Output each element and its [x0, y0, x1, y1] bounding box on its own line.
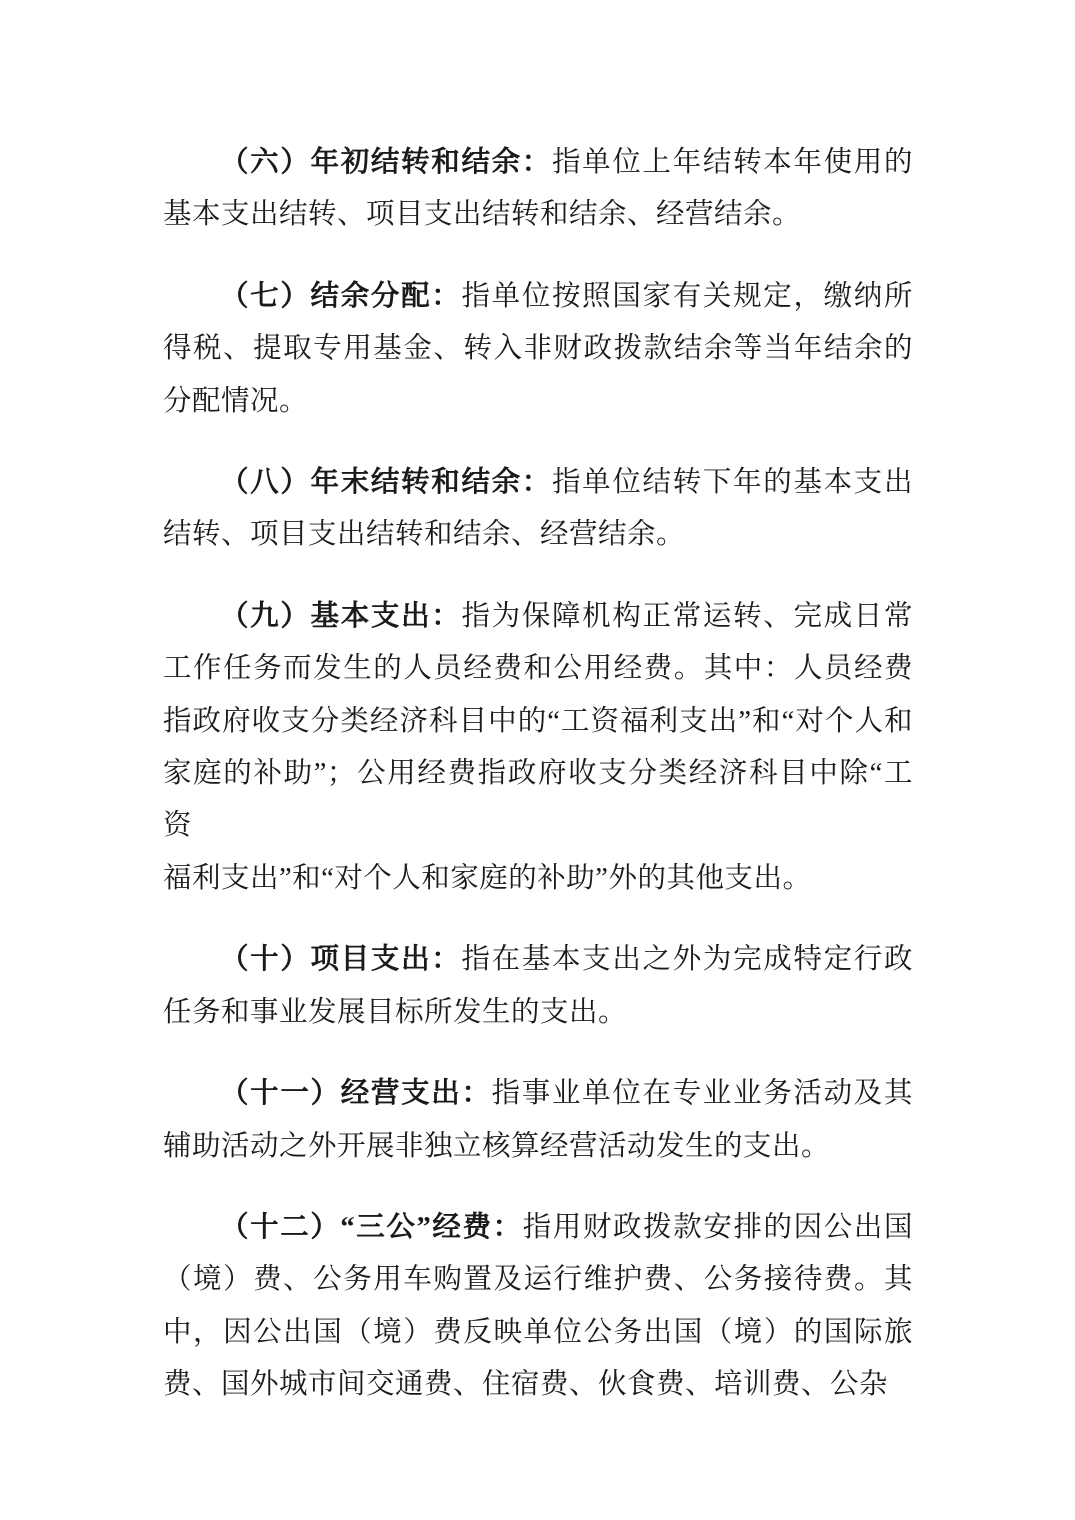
paragraph-10: （十）项目支出：指在基本支出之外为完成特定行政 任务和事业发展目标所发生的支出。 [163, 934, 913, 1039]
text-line: （十二）“三公”经费：指用财政拨款安排的因公出国 [163, 1202, 913, 1254]
paragraph-text: 指在基本支出之外为完成特定行政 [461, 944, 913, 975]
text-line: （十一）经营支出：指事业单位在专业业务活动及其 [163, 1068, 913, 1120]
text-line: 分配情况。 [163, 376, 913, 428]
paragraph-text: 指单位结转下年的基本支出 [552, 467, 913, 498]
paragraph-text: 指单位按照国家有关规定，缴纳所 [461, 281, 913, 312]
paragraph-heading: （八）年末结转和结余： [220, 467, 552, 498]
paragraph-7: （七）结余分配：指单位按照国家有关规定，缴纳所 得税、提取专用基金、转入非财政拨… [163, 271, 913, 428]
paragraph-heading: （六）年初结转和结余： [220, 147, 552, 178]
paragraph-text: 指用财政拨款安排的因公出国 [523, 1212, 913, 1243]
paragraph-11: （十一）经营支出：指事业单位在专业业务活动及其 辅助活动之外开展非独立核算经营活… [163, 1068, 913, 1173]
text-line: （七）结余分配：指单位按照国家有关规定，缴纳所 [163, 271, 913, 323]
paragraph-heading: （十）项目支出： [220, 944, 461, 975]
text-line: 指政府收支分类经济科目中的“工资福利支出”和“对个人和 [163, 696, 913, 748]
text-line: 费、国外城市间交通费、住宿费、伙食费、培训费、公杂 [163, 1359, 913, 1411]
text-line: （十）项目支出：指在基本支出之外为完成特定行政 [163, 934, 913, 986]
text-line: （八）年末结转和结余：指单位结转下年的基本支出 [163, 457, 913, 509]
document-body: （六）年初结转和结余：指单位上年结转本年使用的 基本支出结转、项目支出结转和结余… [163, 137, 913, 1412]
paragraph-heading: （七）结余分配： [220, 281, 461, 312]
paragraph-6: （六）年初结转和结余：指单位上年结转本年使用的 基本支出结转、项目支出结转和结余… [163, 137, 913, 242]
text-line: 工作任务而发生的人员经费和公用经费。其中：人员经费 [163, 643, 913, 695]
paragraph-heading: （九）基本支出： [220, 601, 461, 632]
paragraph-12: （十二）“三公”经费：指用财政拨款安排的因公出国 （境）费、公务用车购置及运行维… [163, 1202, 913, 1412]
text-line: 家庭的补助”；公用经费指政府收支分类经济科目中除“工资 [163, 748, 913, 853]
paragraph-8: （八）年末结转和结余：指单位结转下年的基本支出 结转、项目支出结转和结余、经营结… [163, 457, 913, 562]
text-line: 结转、项目支出结转和结余、经营结余。 [163, 509, 913, 561]
text-line: 得税、提取专用基金、转入非财政拨款结余等当年结余的 [163, 323, 913, 375]
paragraph-heading: （十一）经营支出： [220, 1078, 492, 1109]
text-line: （六）年初结转和结余：指单位上年结转本年使用的 [163, 137, 913, 189]
paragraph-text: 指单位上年结转本年使用的 [552, 147, 913, 178]
paragraph-heading: （十二）“三公”经费： [220, 1212, 523, 1243]
paragraph-text: 指为保障机构正常运转、完成日常 [461, 601, 913, 632]
document-page: （六）年初结转和结余：指单位上年结转本年使用的 基本支出结转、项目支出结转和结余… [0, 0, 1075, 1520]
text-line: 任务和事业发展目标所发生的支出。 [163, 987, 913, 1039]
paragraph-text: 指事业单位在专业业务活动及其 [492, 1078, 913, 1109]
text-line: 基本支出结转、项目支出结转和结余、经营结余。 [163, 189, 913, 241]
text-line: 福利支出”和“对个人和家庭的补助”外的其他支出。 [163, 853, 913, 905]
text-line: 中，因公出国（境）费反映单位公务出国（境）的国际旅 [163, 1307, 913, 1359]
text-line: 辅助活动之外开展非独立核算经营活动发生的支出。 [163, 1121, 913, 1173]
paragraph-9: （九）基本支出：指为保障机构正常运转、完成日常 工作任务而发生的人员经费和公用经… [163, 591, 913, 905]
text-line: （九）基本支出：指为保障机构正常运转、完成日常 [163, 591, 913, 643]
text-line: （境）费、公务用车购置及运行维护费、公务接待费。其 [163, 1254, 913, 1306]
